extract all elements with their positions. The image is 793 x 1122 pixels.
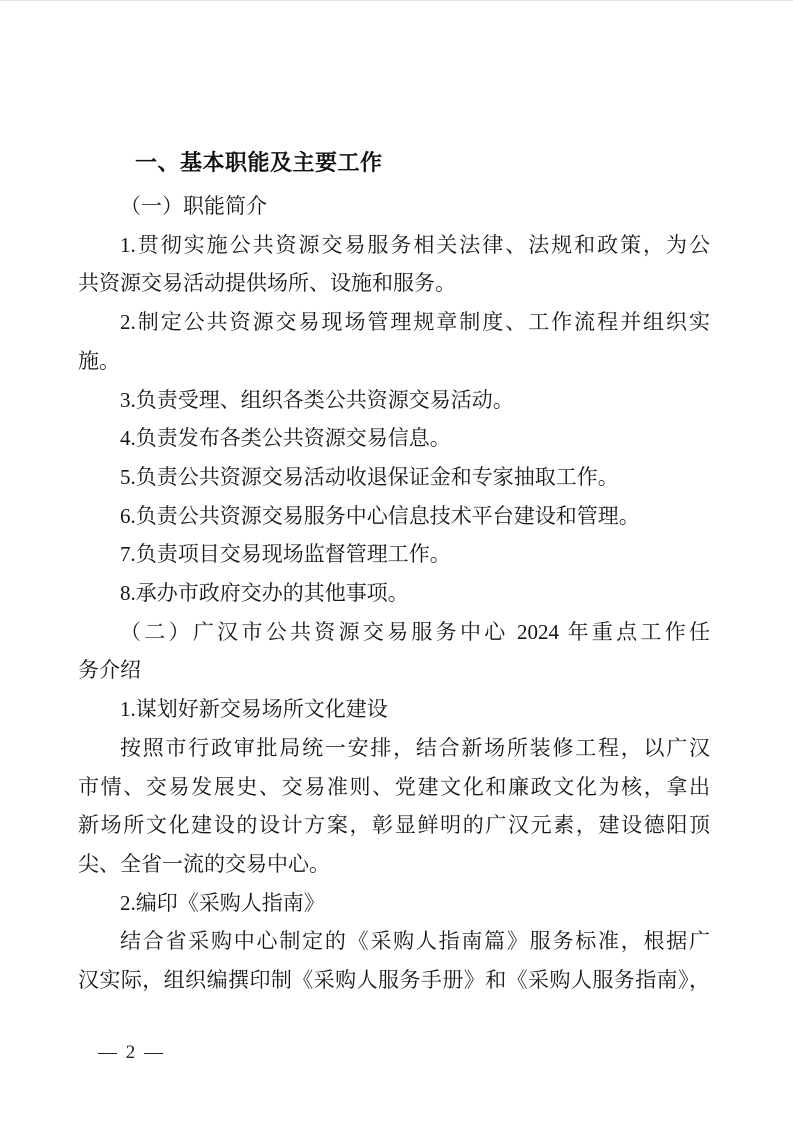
- text-line: 1.贯彻实施公共资源交易服务相关法律、法规和政策，为公: [78, 226, 710, 265]
- text-line: 2.编印《采购人指南》: [78, 884, 710, 923]
- paragraph: 7.负责项目交易现场监督管理工作。: [78, 535, 710, 574]
- paragraph: 5.负责公共资源交易活动收退保证金和专家抽取工作。: [78, 458, 710, 497]
- section-heading: 一、基本职能及主要工作: [78, 143, 710, 183]
- paragraph: 2.编印《采购人指南》: [78, 884, 710, 923]
- paragraph: 1.贯彻实施公共资源交易服务相关法律、法规和政策，为公共资源交易活动提供场所、设…: [78, 226, 710, 303]
- document-page: 一、基本职能及主要工作 （一）职能简介1.贯彻实施公共资源交易服务相关法律、法规…: [0, 0, 793, 1122]
- text-line: 施。: [78, 342, 710, 381]
- paragraph: 4.负责发布各类公共资源交易信息。: [78, 419, 710, 458]
- page-number: — 2 —: [98, 1041, 165, 1065]
- text-line: 新场所文化建设的设计方案，彰显鲜明的广汉元素，建设德阳顶: [78, 806, 710, 845]
- paragraph: （一）职能简介: [78, 187, 710, 226]
- paragraphs-container: （一）职能简介1.贯彻实施公共资源交易服务相关法律、法规和政策，为公共资源交易活…: [78, 187, 710, 1000]
- text-line: 5.负责公共资源交易活动收退保证金和专家抽取工作。: [78, 458, 710, 497]
- text-line: 按照市行政审批局统一安排，结合新场所装修工程，以广汉: [78, 729, 710, 768]
- text-line: 4.负责发布各类公共资源交易信息。: [78, 419, 710, 458]
- text-line: 1.谋划好新交易场所文化建设: [78, 690, 710, 729]
- text-line: 务介绍: [78, 651, 710, 690]
- text-line: （二）广汉市公共资源交易服务中心 2024 年重点工作任: [78, 613, 710, 652]
- text-line: 结合省采购中心制定的《采购人指南篇》服务标准，根据广: [78, 922, 710, 961]
- paragraph: 结合省采购中心制定的《采购人指南篇》服务标准，根据广汉实际，组织编撰印制《采购人…: [78, 922, 710, 999]
- paragraph: （二）广汉市公共资源交易服务中心 2024 年重点工作任务介绍: [78, 613, 710, 690]
- text-line: 3.负责受理、组织各类公共资源交易活动。: [78, 381, 710, 420]
- paragraph: 按照市行政审批局统一安排，结合新场所装修工程，以广汉市情、交易发展史、交易准则、…: [78, 729, 710, 884]
- text-line: 尖、全省一流的交易中心。: [78, 845, 710, 884]
- paragraph: 2.制定公共资源交易现场管理规章制度、工作流程并组织实施。: [78, 303, 710, 380]
- paragraph: 6.负责公共资源交易服务中心信息技术平台建设和管理。: [78, 497, 710, 536]
- paragraph: 8.承办市政府交办的其他事项。: [78, 574, 710, 613]
- document-body: 一、基本职能及主要工作 （一）职能简介1.贯彻实施公共资源交易服务相关法律、法规…: [78, 143, 710, 1000]
- text-line: 2.制定公共资源交易现场管理规章制度、工作流程并组织实: [78, 303, 710, 342]
- text-line: 6.负责公共资源交易服务中心信息技术平台建设和管理。: [78, 497, 710, 536]
- text-line: 共资源交易活动提供场所、设施和服务。: [78, 264, 710, 303]
- text-line: 7.负责项目交易现场监督管理工作。: [78, 535, 710, 574]
- text-line: （一）职能简介: [78, 187, 710, 226]
- paragraph: 3.负责受理、组织各类公共资源交易活动。: [78, 381, 710, 420]
- text-line: 汉实际，组织编撰印制《采购人服务手册》和《采购人服务指南》，: [78, 961, 710, 1000]
- paragraph: 1.谋划好新交易场所文化建设: [78, 690, 710, 729]
- text-line: 市情、交易发展史、交易准则、党建文化和廉政文化为核，拿出: [78, 768, 710, 807]
- text-line: 8.承办市政府交办的其他事项。: [78, 574, 710, 613]
